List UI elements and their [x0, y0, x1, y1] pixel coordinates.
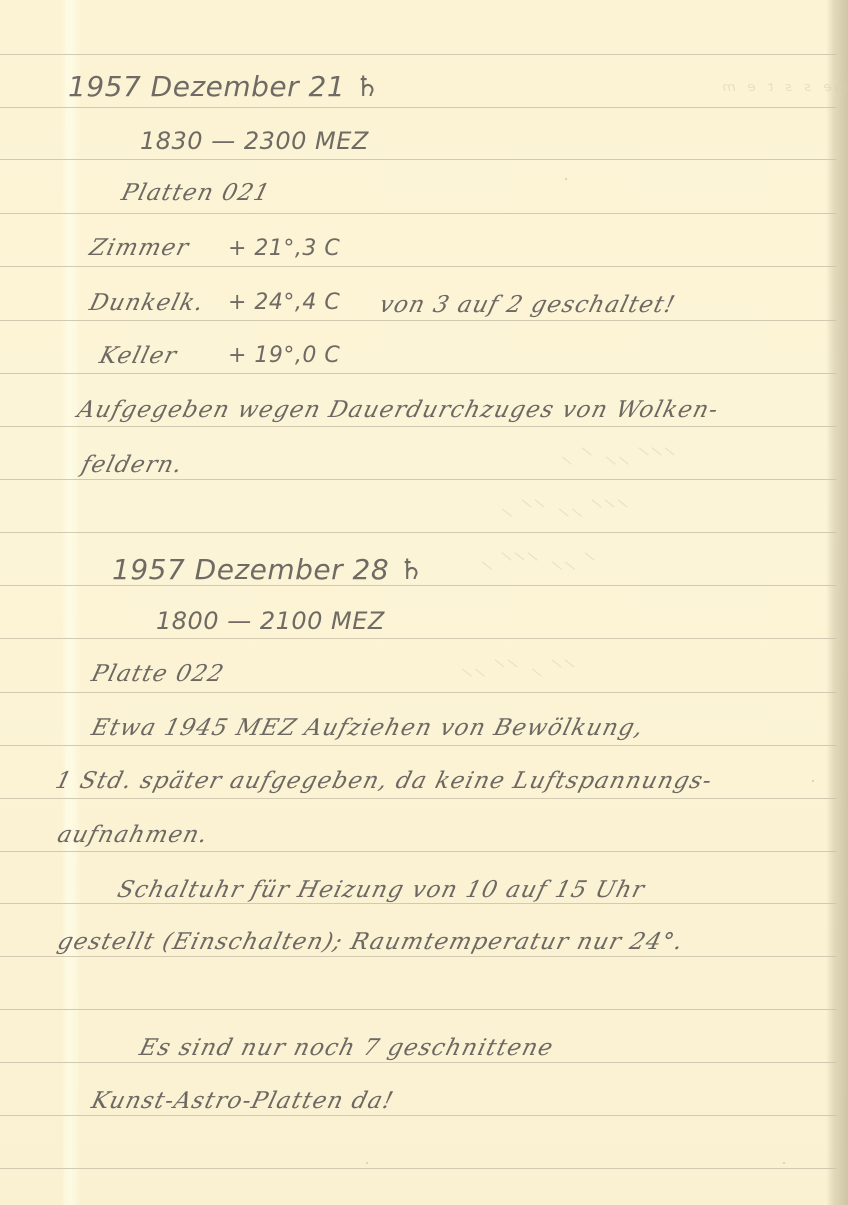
entry-1-plate: Platten 021 [119, 180, 273, 206]
bleed-through-text: ⸍⸍ ⸝ ⸍⸍ ⸝⸝ [460, 652, 578, 682]
ruled-line [0, 213, 836, 214]
paper-speck [565, 178, 567, 180]
ruled-line [0, 107, 836, 108]
ruled-line [0, 266, 836, 267]
ruled-line [0, 638, 836, 639]
bleed-through-text: ᵃ ˡ ͫ ᵉ ˢ ˢ ᵗ ᵉ ᵐ [720, 78, 848, 104]
reading-value-dunkelkammer: + 24°,4 C [228, 290, 340, 315]
entry-1-remark-line-1: Aufgegeben wegen Dauerdurchzuges von Wol… [75, 397, 722, 423]
entry-2-date: 1957 Dezember 28 ♄ [112, 553, 424, 586]
paper-speck [783, 1162, 785, 1164]
entry-2-remark-line-2: 1 Std. später aufgegeben, da keine Lufts… [53, 768, 715, 794]
ruled-line [0, 903, 836, 904]
entry-2-time: 1800 — 2100 MEZ [156, 607, 385, 635]
ruled-line [0, 745, 836, 746]
ruled-line [0, 1168, 836, 1169]
entry-2-heating-line-1: Schaltuhr für Heizung von 10 auf 15 Uhr [115, 877, 648, 903]
ruled-line [0, 532, 836, 533]
entry-1-remark-line-2: feldern. [79, 452, 186, 478]
paper-speck [366, 1162, 368, 1164]
bleed-through-text: ⸍⸍⸍ ⸝⸝ ⸍⸍ ⸝ [500, 492, 631, 522]
entry-2-closing-line-2: Kunst-Astro-Platten da! [89, 1088, 397, 1114]
ruled-line [0, 1115, 836, 1116]
ruled-line [0, 851, 836, 852]
ruled-line [0, 54, 836, 55]
entry-1-date: 1957 Dezember 21 ♄ [68, 70, 380, 103]
ruled-line [0, 692, 836, 693]
ruled-line [0, 956, 836, 957]
entry-2-remark-line-1: Etwa 1945 MEZ Aufziehen von Bewölkung, [89, 715, 647, 741]
ruled-line [0, 373, 836, 374]
entry-2-plate: Platte 022 [89, 661, 227, 687]
entry-2-closing-line-1: Es sind nur noch 7 geschnittene [137, 1035, 557, 1061]
ruled-line [0, 1062, 836, 1063]
ruled-line [0, 159, 836, 160]
ruled-line [0, 1009, 836, 1010]
ruled-line [0, 479, 836, 480]
reading-value-keller: + 19°,0 C [228, 343, 340, 368]
reading-label-dunkelkammer: Dunkelk. [87, 290, 207, 316]
reading-note-dunkelkammer: von 3 auf 2 geschaltet! [377, 292, 679, 318]
reading-label-keller: Keller [97, 343, 180, 369]
reading-value-zimmer: + 21°,3 C [228, 236, 340, 261]
reading-label-zimmer: Zimmer [87, 235, 192, 261]
ruled-line [0, 320, 836, 321]
notebook-page: ᵃ ˡ ͫ ᵉ ˢ ˢ ᵗ ᵉ ᵐ ⸍⸍⸍ ⸝⸝ ⸍ ⸝ ⸍⸍⸍ ⸝⸝ ⸍⸍ ⸝… [0, 0, 848, 1205]
ruled-line [0, 426, 836, 427]
paper-speck [812, 780, 814, 782]
bleed-through-text: ⸍ ⸝⸝ ⸍⸍⸍ ⸝ [480, 545, 598, 575]
bleed-through-text: ⸍⸍⸍ ⸝⸝ ⸍ ⸝ [560, 440, 678, 470]
entry-1-time: 1830 — 2300 MEZ [140, 127, 369, 155]
ruled-line [0, 798, 836, 799]
entry-2-heating-line-2: gestellt (Einschalten); Raumtemperatur n… [55, 929, 687, 955]
entry-2-remark-line-3: aufnahmen. [55, 822, 211, 848]
